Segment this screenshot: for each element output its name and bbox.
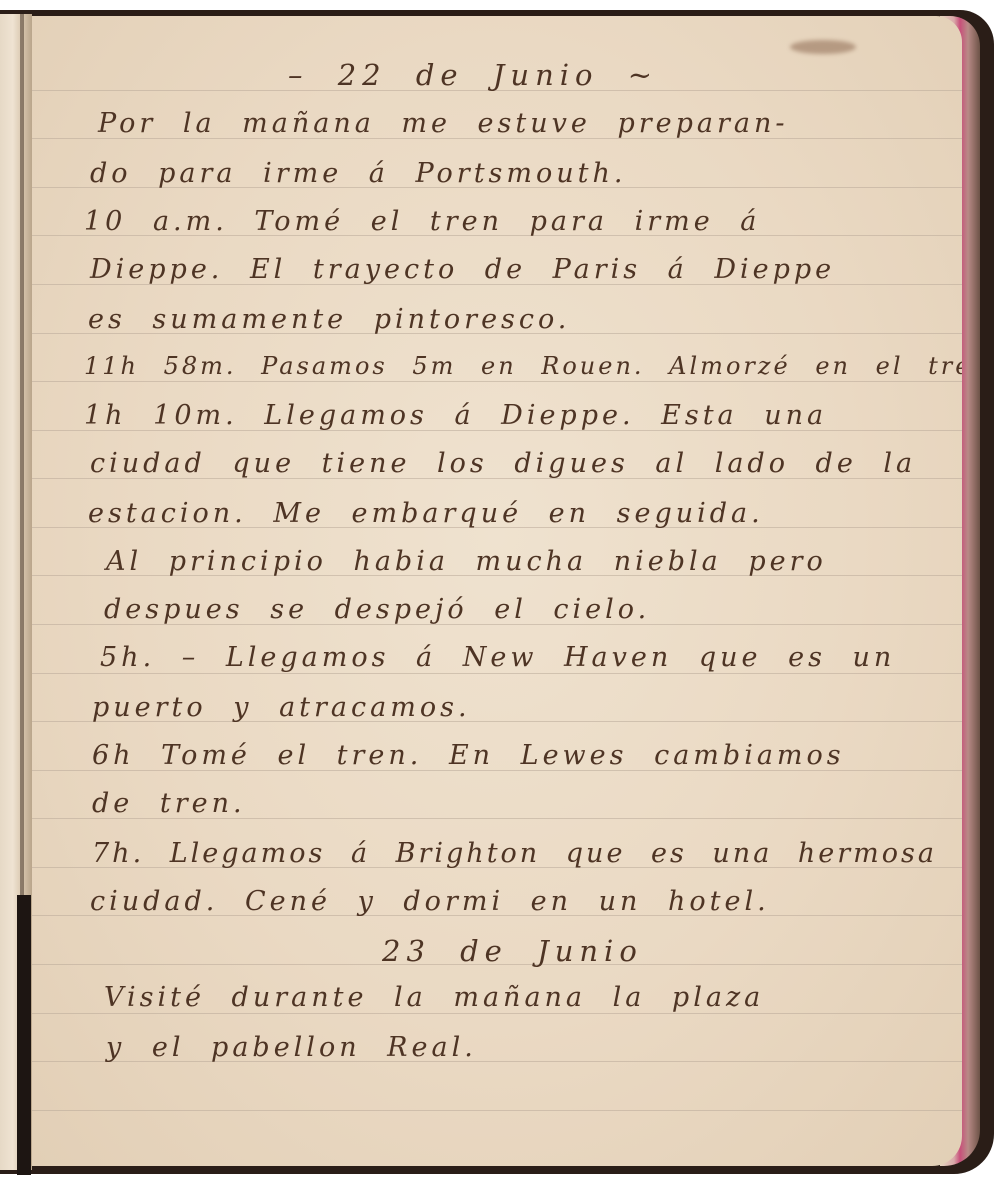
diary-line: estacion. Me embarqué en seguida. (88, 498, 764, 529)
diary-line: 10 a.m. Tomé el tren para irme á (84, 206, 760, 237)
ink-stain (790, 40, 856, 54)
diary-line: do para irme á Portsmouth. (90, 158, 626, 189)
entry-date-heading: – 22 de Junio ~ (288, 58, 658, 92)
diary-page: – 22 de Junio ~ Por la mañana me estuve … (32, 16, 962, 1166)
ruled-line (32, 381, 962, 382)
binding-shadow (17, 895, 31, 1175)
diary-line: Por la mañana me estuve preparan- (98, 108, 789, 139)
diary-line: puerto y atracamos. (92, 692, 471, 723)
diary-line: es sumamente pintoresco. (88, 304, 570, 335)
diary-line: Al principio habia mucha niebla pero (106, 546, 827, 577)
diary-line: 5h. – Llegamos á New Haven que es un (100, 642, 895, 673)
ruled-line (32, 1110, 962, 1111)
diary-line: 1h 10m. Llegamos á Dieppe. Esta una (84, 400, 827, 431)
diary-line: ciudad. Cené y dormi en un hotel. (90, 886, 770, 917)
diary-line: despues se despejó el cielo. (104, 594, 650, 625)
entry-date-heading: 23 de Junio (382, 934, 643, 968)
ruled-line (32, 1013, 962, 1014)
diary-line: de tren. (92, 788, 246, 819)
ruled-line (32, 673, 962, 674)
diary-line: Dieppe. El trayecto de Paris á Dieppe (90, 254, 835, 285)
diary-line: 11h 58m. Pasamos 5m en Rouen. Almorzé en… (84, 352, 962, 380)
diary-line: ciudad que tiene los digues al lado de l… (90, 448, 916, 479)
diary-line: Visité durante la mañana la plaza (104, 982, 764, 1013)
diary-line: 7h. Llegamos á Brighton que es una hermo… (92, 838, 937, 869)
diary-line: 6h Tomé el tren. En Lewes cambiamos (92, 740, 845, 771)
diary-line: y el pabellon Real. (106, 1032, 477, 1063)
